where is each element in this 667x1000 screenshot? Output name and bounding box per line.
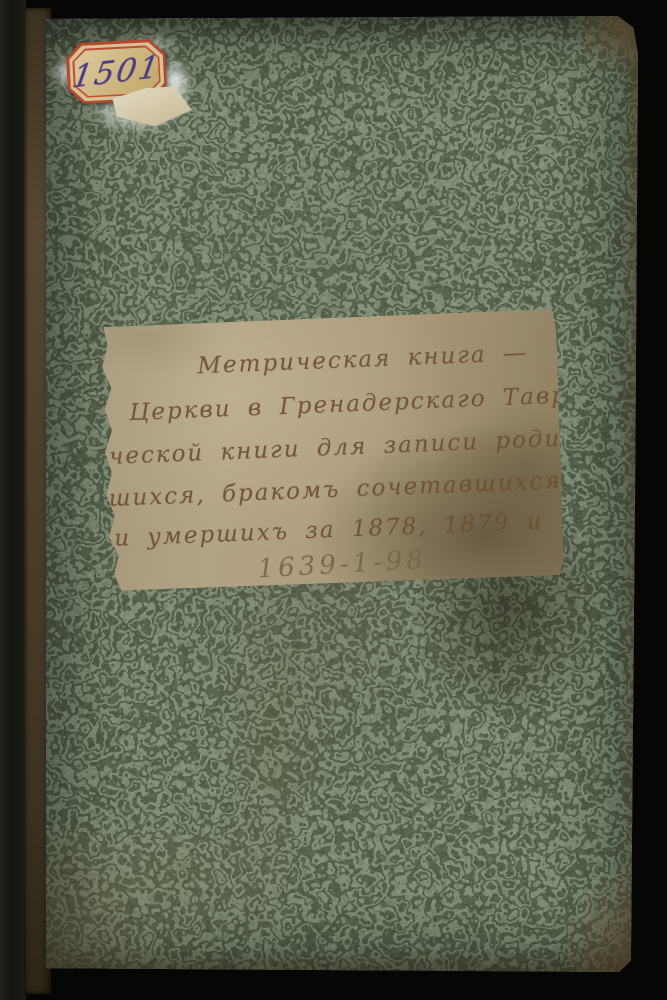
title-label: Метрическая книга — Церкви в Гренадерска… <box>98 309 566 593</box>
archival-code: 1639-1-98 <box>257 545 428 585</box>
inventory-label-group: 1501 <box>50 26 210 146</box>
title-line: Метрическая книга — <box>197 340 528 379</box>
title-line: Церкви в Гренадерскаго Таври— <box>129 381 610 426</box>
title-line: и умершихъ за 1878, 1879 и 1880. <box>114 505 636 552</box>
archival-book-photo: 1501 Метрическая книга — Церкви в Гренад… <box>0 0 667 1000</box>
page-block-shadow <box>0 0 26 1000</box>
title-line: ческой книги для записи родив- <box>109 425 587 470</box>
title-line: шихся, бракомъ сочетавшихся и <box>108 466 595 512</box>
